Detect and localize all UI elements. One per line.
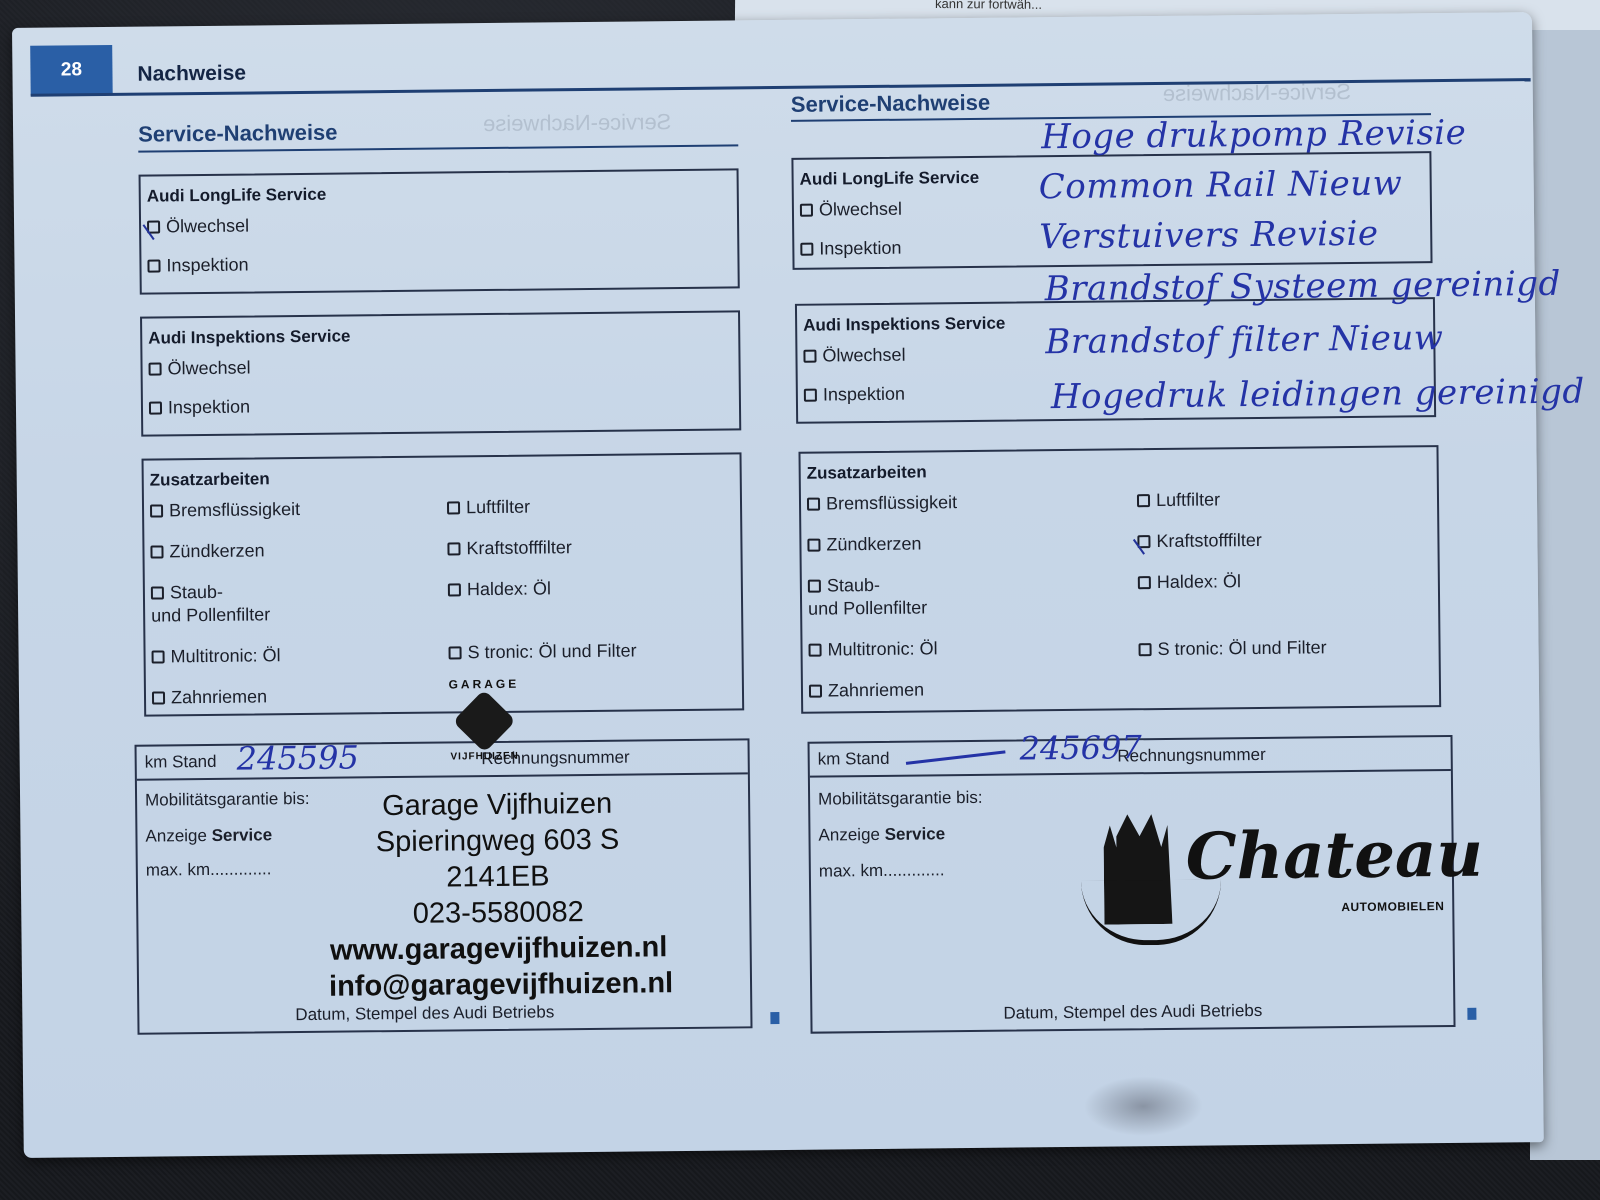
left-zusatz-item[interactable]: S tronic: Öl und Filter — [448, 639, 735, 663]
checkbox[interactable] — [807, 539, 820, 552]
checkbox[interactable] — [807, 498, 820, 511]
left-longlife-box: Audi LongLife Service Ölwechsel Inspekti… — [139, 168, 740, 294]
checkbox[interactable] — [808, 644, 821, 657]
note-line: Verstuivers Revisie — [1039, 214, 1379, 258]
page-marker — [1467, 1008, 1476, 1020]
mobility-label: Mobilitätsgarantie bis: — [145, 789, 310, 811]
left-zusatz-item[interactable]: Multitronic: Öl — [151, 644, 438, 668]
ink-smudge — [1083, 1076, 1204, 1137]
note-line: Brandstof Systeem gereinigd — [1045, 264, 1561, 309]
header-title: Nachweise — [137, 62, 246, 87]
display-service-label: Anzeige Service — [818, 824, 945, 845]
left-zusatz-item[interactable]: Haldex: Öl — [448, 576, 735, 600]
note-line: Hogedruk leidingen gereinigd — [1051, 372, 1585, 418]
stamp-line: 2141EB — [328, 857, 668, 897]
right-zusatz-item-checked[interactable]: Kraftstofffilter — [1137, 528, 1431, 552]
max-km-label: max. km............. — [819, 860, 945, 881]
option-label: S tronic: Öl und Filter — [1157, 637, 1326, 660]
option-label: Kraftstofffilter — [1156, 530, 1262, 552]
option-label: Zahnriemen — [171, 686, 267, 708]
display-prefix: Anzeige — [818, 825, 880, 845]
right-zusatz-item[interactable]: Multitronic: Öl — [808, 636, 1128, 660]
option-label: Zündkerzen — [169, 540, 264, 562]
checkbox[interactable] — [150, 545, 163, 558]
option-label-line2: und Pollenfilter — [808, 597, 927, 619]
display-service-label: Anzeige Service — [145, 825, 272, 846]
checkbox[interactable] — [809, 685, 822, 698]
option-label: Luftfilter — [1156, 489, 1220, 511]
checkbox[interactable] — [149, 401, 162, 414]
display-prefix: Anzeige — [145, 826, 207, 846]
zusatz-title: Zusatzarbeiten — [807, 457, 1431, 484]
option-label: Staub-und Pollenfilter — [170, 581, 271, 626]
stamp-line: Garage Vijfhuizen — [327, 785, 667, 825]
stamp-line: www.garagevijfhuizen.nl — [328, 929, 668, 969]
mobility-label: Mobilitätsgarantie bis: — [818, 788, 983, 810]
note-line: Hoge drukpomp Revisie — [1041, 113, 1467, 157]
left-zusatz-item[interactable]: Zündkerzen — [150, 539, 437, 563]
longlife-title: Audi LongLife Service — [147, 180, 731, 206]
note-line: Brandstof filter Nieuw — [1045, 318, 1443, 362]
inspektions-title: Audi Inspektions Service — [148, 322, 732, 348]
display-bold: Service — [212, 825, 273, 845]
checkbox[interactable] — [803, 350, 816, 363]
km-label: km Stand — [818, 749, 890, 770]
checkbox-checked[interactable] — [1137, 535, 1150, 548]
km-value: 245595 — [236, 738, 359, 777]
option-label: Ölwechsel — [166, 216, 249, 238]
stamp-line: 023-5580082 — [328, 893, 668, 933]
checkbox[interactable] — [804, 389, 817, 402]
option-label: Staub-und Pollenfilter — [827, 574, 928, 619]
page-marker — [770, 1012, 779, 1024]
checkbox[interactable] — [152, 650, 165, 663]
right-zusatz-item[interactable]: Luftfilter — [1137, 487, 1431, 511]
checkbox[interactable] — [151, 586, 164, 599]
garage-stamp-logo: GARAGE VIJFHUIZEN — [434, 677, 535, 763]
km-value: 245697 — [1019, 728, 1142, 767]
option-label: Zündkerzen — [826, 534, 921, 556]
left-inspektions-oil[interactable]: Ölwechsel — [148, 352, 732, 379]
option-label: Ölwechsel — [167, 358, 250, 380]
option-label: Multitronic: Öl — [827, 638, 937, 660]
checkbox[interactable] — [447, 501, 460, 514]
underlying-page-text: kann zur fortwäh... — [935, 0, 1042, 12]
option-label: Ölwechsel — [819, 199, 902, 221]
max-km-label: max. km............. — [146, 859, 272, 880]
option-label-line1: Staub- — [827, 575, 880, 596]
stamp-line: info@garagevijfhuizen.nl — [329, 965, 669, 1005]
option-label: Luftfilter — [466, 497, 530, 519]
option-label: Haldex: Öl — [467, 578, 551, 600]
zusatz-title: Zusatzarbeiten — [150, 464, 734, 490]
checkbox[interactable] — [1138, 576, 1151, 589]
left-longlife-oil[interactable]: Ölwechsel — [147, 210, 731, 237]
option-label: Kraftstofffilter — [466, 537, 572, 559]
checkbox[interactable] — [447, 542, 460, 555]
chateau-stamp-sub: AUTOMOBIELEN — [1341, 899, 1444, 914]
left-zusatz-item[interactable]: Bremsflüssigkeit — [150, 498, 437, 522]
left-zusatz-item[interactable]: Staub-und Pollenfilter — [151, 580, 438, 627]
right-record-box: km Stand Rechnungsnummer 245697 Mobilitä… — [808, 735, 1456, 1034]
left-record-box: km Stand Rechnungsnummer 245595 Mobilitä… — [135, 738, 753, 1034]
option-label: Ölwechsel — [822, 345, 905, 367]
right-zusatz-item[interactable]: Zündkerzen — [807, 531, 1127, 555]
option-label: Inspektion — [819, 238, 901, 260]
left-longlife-inspection[interactable]: Inspektion — [147, 249, 731, 276]
option-label: Inspektion — [166, 255, 248, 277]
left-inspektions-inspection[interactable]: Inspektion — [149, 391, 733, 418]
option-label: Inspektion — [168, 397, 250, 419]
option-label: Multitronic: Öl — [170, 645, 280, 667]
right-zusatz-item[interactable]: Zahnriemen — [809, 677, 1129, 701]
page-number: 28 — [30, 45, 113, 96]
left-inspektions-box: Audi Inspektions Service Ölwechsel Inspe… — [140, 310, 741, 436]
checkbox[interactable] — [149, 362, 162, 375]
right-zusatz-item[interactable]: Bremsflüssigkeit — [807, 490, 1127, 514]
checkbox[interactable] — [150, 504, 163, 517]
right-section-title: Service-Nachweise — [791, 90, 991, 118]
checkbox[interactable] — [800, 243, 813, 256]
bleed-through-text: Service-Nachweise — [1163, 79, 1352, 107]
left-zusatz-item[interactable]: Kraftstofffilter — [447, 535, 734, 559]
date-stamp-label: Datum, Stempel des Audi Betriebs — [812, 999, 1453, 1026]
chateau-stamp-brand: Chateau — [1185, 817, 1483, 895]
engine-icon — [453, 689, 516, 752]
checkbox[interactable] — [800, 204, 813, 217]
logo-top-text: GARAGE — [434, 677, 534, 692]
right-zusatz-item[interactable]: Staub-und Pollenfilter — [808, 572, 1128, 619]
left-zusatz-item[interactable]: Luftfilter — [447, 494, 734, 518]
display-bold: Service — [885, 824, 946, 844]
checkbox[interactable] — [449, 646, 462, 659]
option-label: Bremsflüssigkeit — [826, 492, 957, 514]
checkbox[interactable] — [152, 691, 165, 704]
option-label-line2: und Pollenfilter — [151, 604, 270, 626]
option-label: Inspektion — [823, 384, 905, 406]
right-zusatz-item[interactable]: Haldex: Öl — [1138, 569, 1432, 593]
checkbox[interactable] — [1139, 643, 1152, 656]
option-label: Haldex: Öl — [1157, 571, 1241, 593]
logo-bottom-text: VIJFHUIZEN — [435, 751, 535, 763]
left-section-title: Service-Nachweise — [138, 120, 338, 148]
right-zusatz-item[interactable]: S tronic: Öl und Filter — [1138, 636, 1432, 660]
garage-stamp-text: Garage Vijfhuizen Spieringweg 603 S 2141… — [327, 785, 669, 1005]
option-label-line1: Staub- — [170, 582, 223, 603]
booklet-page: 28 Nachweise Service-Nachweise Service-N… — [12, 12, 1544, 1158]
left-zusatz-item[interactable]: Zahnriemen — [152, 685, 439, 709]
checkbox[interactable] — [147, 259, 160, 272]
checkbox-checked[interactable] — [147, 220, 160, 233]
bleed-through-text: Service-Nachweise — [483, 109, 672, 137]
option-label: S tronic: Öl und Filter — [467, 640, 636, 663]
note-line: Common Rail Nieuw — [1039, 163, 1403, 207]
stamp-line: Spieringweg 603 S — [327, 821, 667, 861]
km-label: km Stand — [145, 752, 217, 773]
checkbox[interactable] — [448, 583, 461, 596]
option-label: Zahnriemen — [828, 679, 924, 701]
date-stamp-label: Datum, Stempel des Audi Betriebs — [119, 1001, 730, 1027]
option-label: Bremsflüssigkeit — [169, 499, 300, 521]
checkbox[interactable] — [808, 580, 821, 593]
checkbox[interactable] — [1137, 494, 1150, 507]
right-zusatz-box: Zusatzarbeiten Bremsflüssigkeit Zündkerz… — [798, 445, 1441, 714]
